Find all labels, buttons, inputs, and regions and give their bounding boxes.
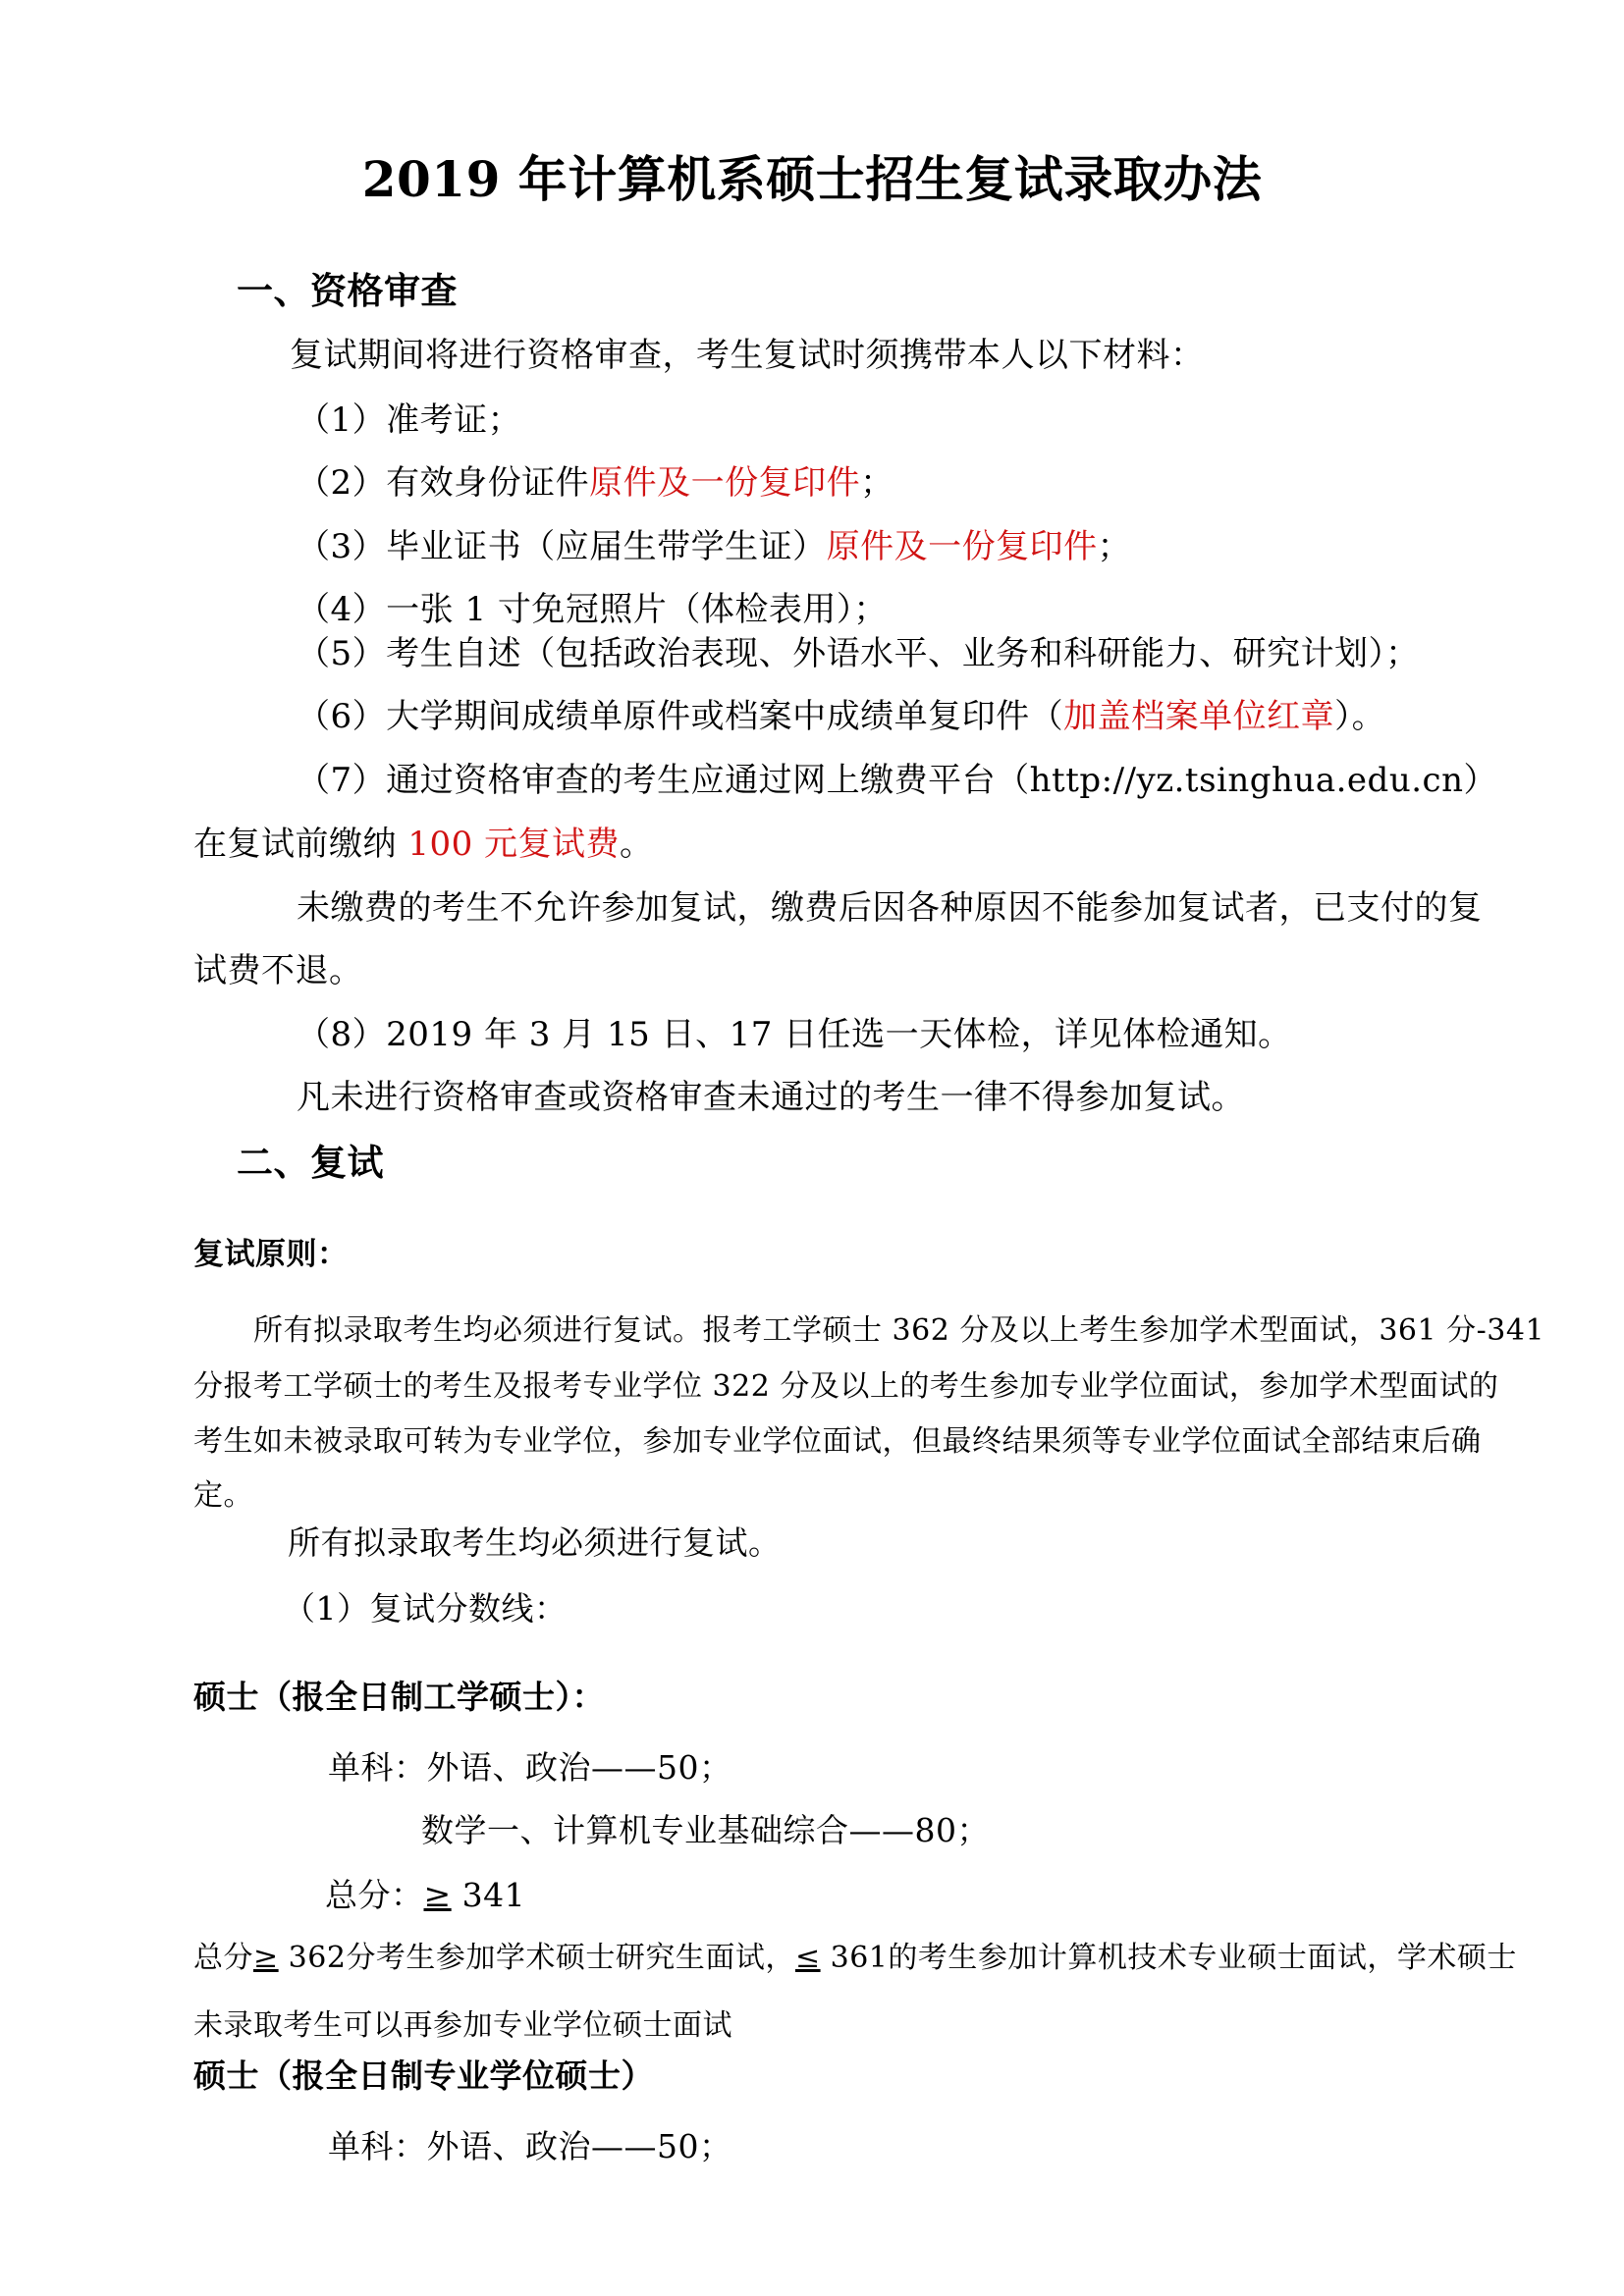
text-segment: 341 [452,1876,525,1914]
text-segment: （5）考生自述（包括政治表现、外语水平、业务和科研能力、研究计划）； [297,634,1420,673]
text-segment: 定。 [193,1478,253,1513]
para-all-must: 所有拟录取考生均必须进行复试。 [288,1522,782,1565]
item-7: （7）通过资格审查的考生应通过网上缴费平台（http://yz.tsinghua… [297,759,1497,802]
score-line-heading: （1）复试分数线： [283,1588,568,1630]
document-page: 2019 年计算机系硕士招生复试录取办法一、资格审查复试期间将进行资格审查，考生… [0,0,1624,2296]
text-segment: （7）通过资格审查的考生应通过网上缴费平台（http://yz.tsinghua… [297,761,1497,800]
para-materials-intro: 复试期间将进行资格审查，考生复试时须携带本人以下材料： [290,334,1205,377]
master-eng-heading: 硕士（报全日制工学硕士）： [193,1677,605,1719]
item-2: （2）有效身份证件原件及一份复印件； [297,461,894,505]
red-emphasis-text: 原件及一份复印件 [827,527,1098,566]
section-1-heading: 一、资格审查 [237,267,458,314]
eng-single-subject: 单科：外语、政治——50； [328,1747,732,1789]
text-segment: 试费不退。 [193,951,363,990]
principles-line-4: 定。 [193,1476,253,1515]
text-segment: 数学一、计算机专业基础综合——80； [421,1811,990,1849]
text-segment: （1）复试分数线： [283,1589,568,1628]
text-segment: 未缴费的考生不允许参加复试，缴费后因各种原因不能参加复试者，已支付的复 [297,888,1483,928]
text-segment: 2019 年计算机系硕士招生复试录取办法 [362,150,1263,208]
text-segment: （8）2019 年 3 月 15 日、17 日任选一天体检，详见体检通知。 [297,1015,1292,1054]
text-segment: （3）毕业证书（应届生带学生证） [297,527,827,566]
total-rule-line-1: 总分≥ 362分考生参加学术硕士研究生面试，≤ 361的考生参加计算机技术专业硕… [193,1939,1517,1977]
text-segment: 所有拟录取考生均必须进行复试。报考工学硕士 362 分及以上考生参加学术型面试，… [253,1313,1544,1348]
doc-title: 2019 年计算机系硕士招生复试录取办法 [0,147,1624,211]
text-segment: 单科：外语、政治——50； [328,2127,732,2165]
text-segment: 362分考生参加学术硕士研究生面试， [279,1941,795,1975]
text-segment: 分报考工学硕士的考生及报考专业学位 322 分及以上的考生参加专业学位面试，参加… [193,1369,1498,1404]
text-segment: 一、资格审查 [237,269,458,312]
para-no-pay: 未缴费的考生不允许参加复试，缴费后因各种原因不能参加复试者，已支付的复 [297,886,1483,930]
item-4: （4）一张 1 寸免冠照片（体检表用）； [297,588,888,631]
text-segment: ）。 [1334,697,1385,736]
text-segment: （4）一张 1 寸免冠照片（体检表用）； [297,590,888,629]
eng-total: 总分：≥ 341 [325,1875,525,1917]
principles-line-3: 考生如未被录取可转为专业学位，参加专业学位面试，但最终结果须等专业学位面试全部结… [193,1422,1482,1461]
text-segment: 单科：外语、政治——50； [328,1748,732,1787]
text-segment: 二、复试 [237,1141,384,1184]
text-segment: 考生如未被录取可转为专业学位，参加专业学位面试，但最终结果须等专业学位面试全部结… [193,1424,1482,1459]
text-segment: 凡未进行资格审查或资格审查未通过的考生一律不得参加复试。 [297,1078,1245,1117]
red-emphasis-text: 原件及一份复印件 [589,463,860,503]
text-segment: （6）大学期间成绩单原件或档案中成绩单复印件（ [297,697,1063,736]
item-7-cont: 在复试前缴纳 100 元复试费。 [193,823,654,866]
text-segment: ≥ [253,1941,279,1975]
text-segment: 复试期间将进行资格审查，考生复试时须携带本人以下材料： [290,336,1205,375]
retest-principles-heading: 复试原则： [193,1235,349,1274]
item-5: （5）考生自述（包括政治表现、外语水平、业务和科研能力、研究计划）； [297,632,1420,675]
text-segment: 总分： [325,1876,424,1914]
text-segment: 总分 [193,1941,253,1975]
para-no-review: 凡未进行资格审查或资格审查未通过的考生一律不得参加复试。 [297,1076,1245,1119]
red-emphasis-text: 100 元复试费 [407,825,620,864]
text-segment: ； [860,463,894,503]
text-segment: （1）准考证； [297,400,521,440]
para-no-pay-cont: 试费不退。 [193,949,363,992]
text-segment: 在复试前缴纳 [193,825,407,864]
text-segment: （2）有效身份证件 [297,463,589,503]
section-2-heading: 二、复试 [237,1139,384,1186]
text-segment: 硕士（报全日制工学硕士）： [193,1678,605,1716]
principles-line-1: 所有拟录取考生均必须进行复试。报考工学硕士 362 分及以上考生参加学术型面试，… [253,1311,1544,1350]
text-segment: ； [1098,527,1132,566]
master-prof-heading: 硕士（报全日制专业学位硕士） [193,2056,654,2098]
text-segment: 硕士（报全日制专业学位硕士） [193,2056,654,2095]
prof-single-subject: 单科：外语、政治——50； [328,2126,732,2168]
item-6: （6）大学期间成绩单原件或档案中成绩单复印件（加盖档案单位红章）。 [297,695,1385,738]
principles-line-2: 分报考工学硕士的考生及报考专业学位 322 分及以上的考生参加专业学位面试，参加… [193,1367,1498,1406]
item-1: （1）准考证； [297,399,521,442]
text-segment: ≤ [795,1941,821,1975]
text-segment: 复试原则： [193,1237,349,1272]
item-8: （8）2019 年 3 月 15 日、17 日任选一天体检，详见体检通知。 [297,1013,1292,1056]
text-segment: 未录取考生可以再参加专业学位硕士面试 [193,2008,732,2043]
item-3: （3）毕业证书（应届生带学生证）原件及一份复印件； [297,525,1131,568]
text-segment: ≥ [424,1876,452,1914]
text-segment: 361的考生参加计算机技术专业硕士面试，学术硕士 [821,1941,1517,1975]
text-segment: 所有拟录取考生均必须进行复试。 [288,1523,782,1562]
total-rule-line-2: 未录取考生可以再参加专业学位硕士面试 [193,2006,732,2045]
eng-math: 数学一、计算机专业基础综合——80； [421,1810,990,1852]
text-segment: 。 [620,825,654,864]
red-emphasis-text: 加盖档案单位红章 [1063,697,1334,736]
